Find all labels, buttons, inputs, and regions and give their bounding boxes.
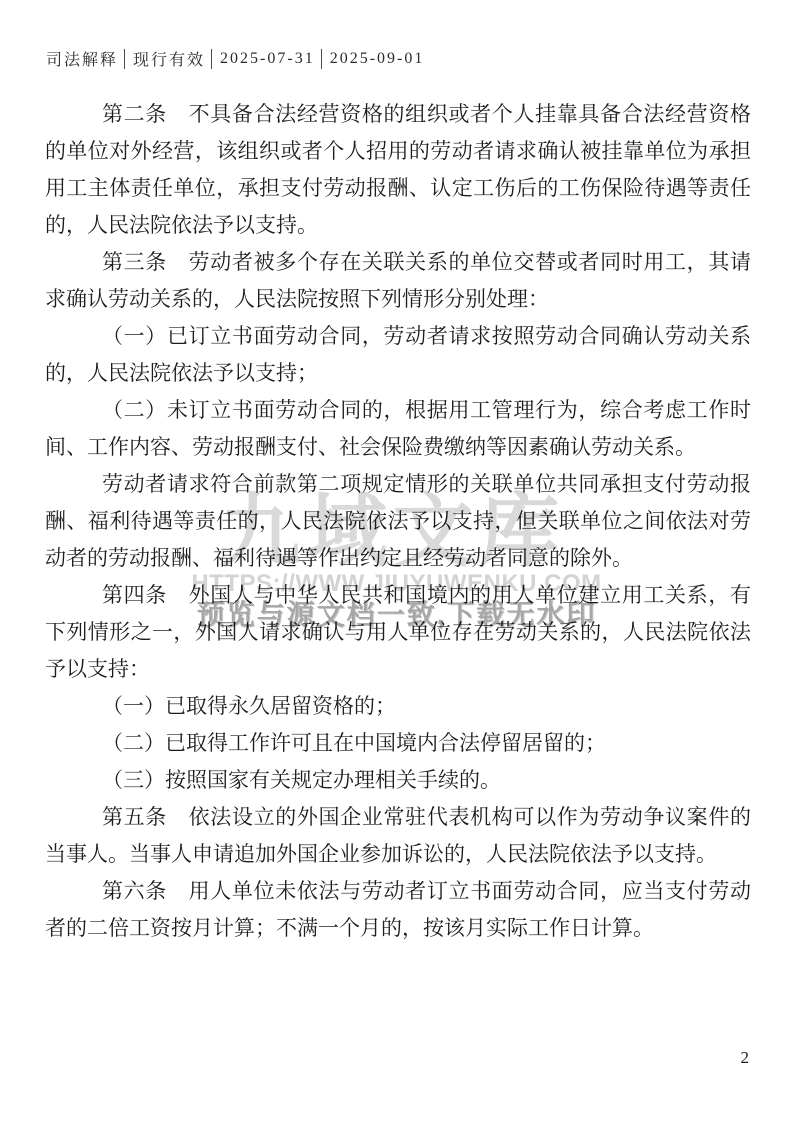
article-4-paragraph: 第四条 外国人与中华人民共和国境内的用人单位建立用工关系，有下列情形之一，外国人…: [45, 577, 751, 688]
article-4-item-1: （一）已取得永久居留资格的；: [45, 688, 751, 725]
publish-date: 2025-07-31: [220, 50, 315, 68]
article-3-item-1: （一）已订立书面劳动合同，劳动者请求按照劳动合同确认劳动关系的，人民法院依法予以…: [45, 318, 751, 392]
header-divider: [124, 49, 125, 69]
document-body: 第二条 不具备合法经营资格的组织或者个人挂靠具备合法经营资格的单位对外经营，该组…: [45, 96, 751, 947]
article-3-paragraph: 第三条 劳动者被多个存在关联关系的单位交替或者同时用工，其请求确认劳动关系的，人…: [45, 244, 751, 318]
article-2-paragraph: 第二条 不具备合法经营资格的组织或者个人挂靠具备合法经营资格的单位对外经营，该组…: [45, 96, 751, 244]
article-3-closing-paragraph: 劳动者请求符合前款第二项规定情形的关联单位共同承担支付劳动报酬、福利待遇等责任的…: [45, 466, 751, 577]
effective-date: 2025-09-01: [330, 50, 425, 68]
document-meta-header: 司法解释 现行有效 2025-07-31 2025-09-01: [46, 47, 424, 70]
header-divider: [321, 49, 322, 69]
doc-type-label: 司法解释: [46, 47, 118, 70]
document-page: 司法解释 现行有效 2025-07-31 2025-09-01 第二条 不具备合…: [0, 0, 793, 1122]
article-4-item-3: （三）按照国家有关规定办理相关手续的。: [45, 762, 751, 799]
header-divider: [211, 49, 212, 69]
article-5-paragraph: 第五条 依法设立的外国企业常驻代表机构可以作为劳动争议案件的当事人。当事人申请追…: [45, 799, 751, 873]
page-number: 2: [741, 1048, 750, 1068]
article-4-item-2: （二）已取得工作许可且在中国境内合法停留居留的；: [45, 725, 751, 762]
status-label: 现行有效: [133, 47, 205, 70]
article-3-item-2: （二）未订立书面劳动合同的，根据用工管理行为，综合考虑工作时间、工作内容、劳动报…: [45, 392, 751, 466]
article-6-paragraph: 第六条 用人单位未依法与劳动者订立书面劳动合同，应当支付劳动者的二倍工资按月计算…: [45, 873, 751, 947]
